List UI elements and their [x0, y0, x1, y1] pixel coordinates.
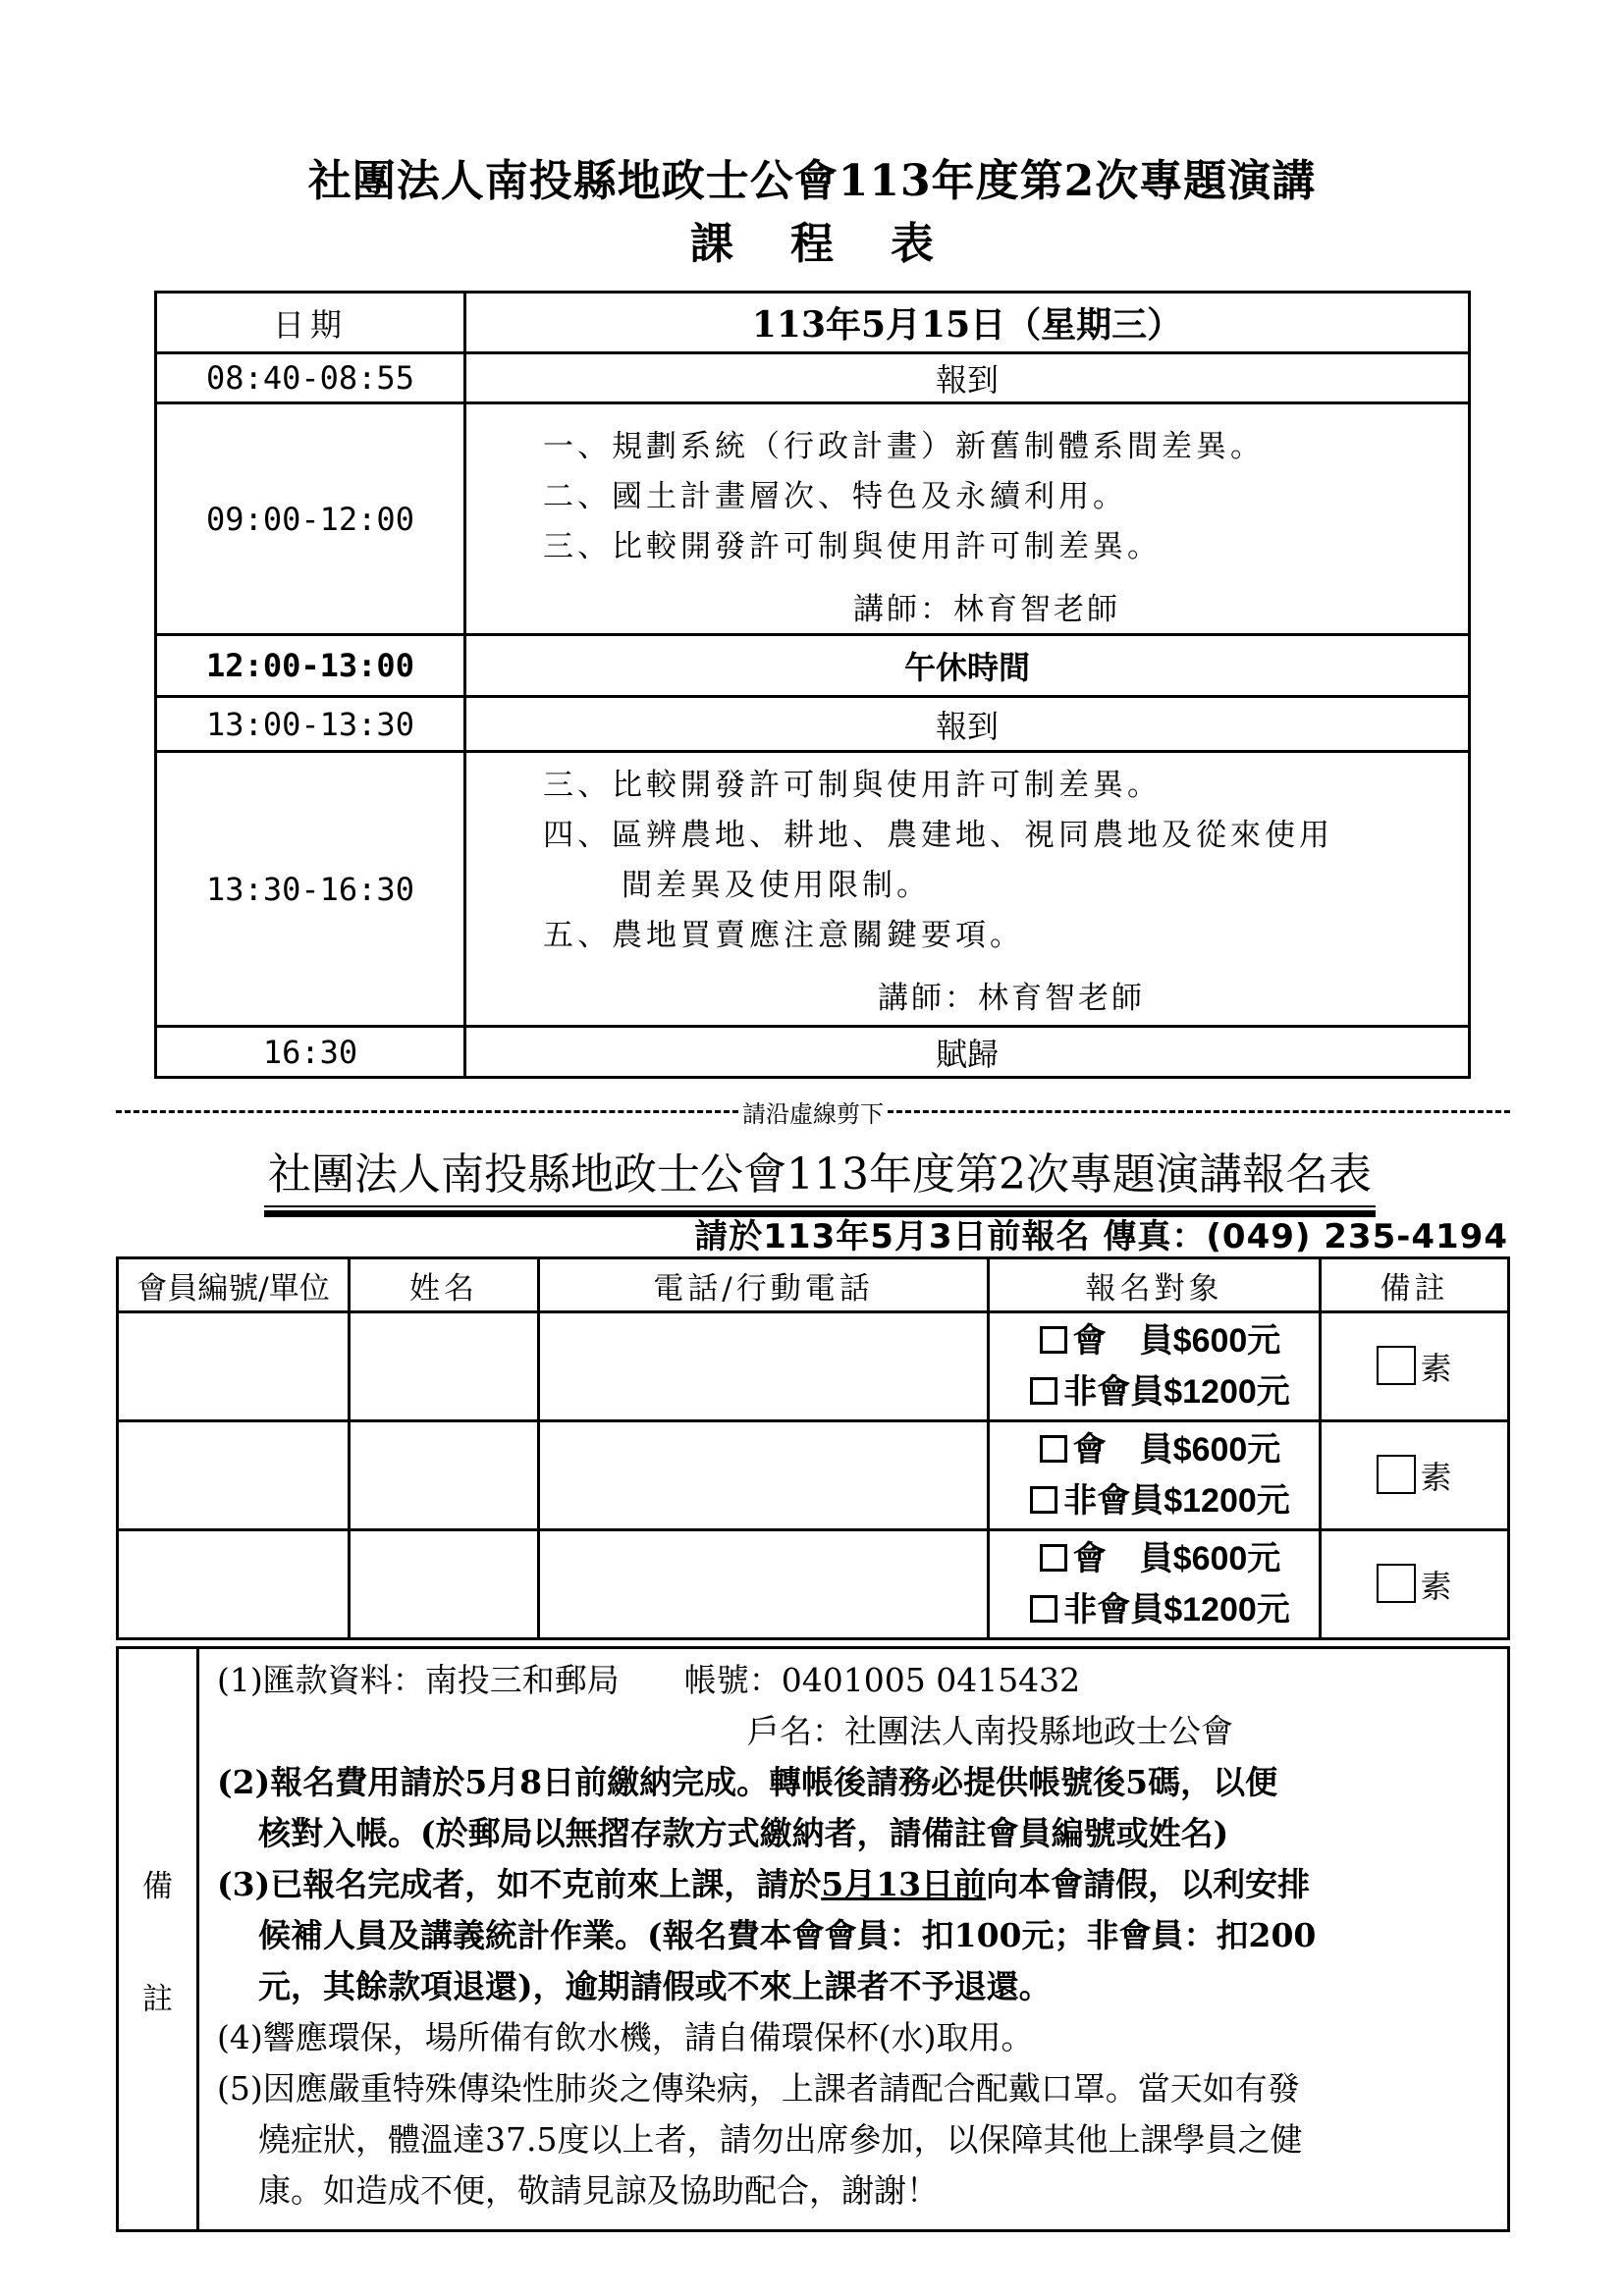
topic-item: 一、規劃系統（行政計畫）新舊制體系間差異。	[543, 422, 1468, 472]
topic-item: 三、比較開發許可制與使用許可制差異。	[543, 761, 1468, 811]
note-5-cont: 康。如造成不便，敬請見諒及協助配合，謝謝！	[217, 2165, 1507, 2216]
activity-cell: 午休時間	[465, 635, 1470, 697]
phone-field[interactable]	[539, 1421, 989, 1530]
vegetarian-option[interactable]: 素	[1321, 1312, 1509, 1421]
col-phone: 電話/行動電話	[539, 1258, 989, 1312]
registration-table: 會員編號/單位 姓名 電話/行動電話 報名對象 備註 會 員$600元 非會員$…	[116, 1256, 1510, 1640]
time-cell: 09:00-12:00	[156, 403, 465, 635]
registration-row: 會 員$600元 非會員$1200元 素	[118, 1421, 1509, 1530]
name-field[interactable]	[350, 1312, 539, 1421]
note-4: (4)響應環保，場所備有飲水機，請自備環保杯(水)取用。	[217, 2012, 1507, 2063]
cut-line-label: 請沿虛線剪下	[738, 1095, 888, 1129]
topic-list: 一、規劃系統（行政計畫）新舊制體系間差異。 二、國土計畫層次、特色及永續利用。 …	[466, 406, 1468, 578]
note-2-cont: 核對入帳。(於郵局以無摺存款方式繳納者，請備註會員編號或姓名)	[217, 1808, 1507, 1859]
note-3-cont: 候補人員及講義統計作業。(報名費本會會員：扣100元；非會員：扣200	[217, 1910, 1507, 1961]
registration-deadline: 請於113年5月3日前報名 傳真：(049) 235-4194	[694, 1209, 1508, 1257]
member-id-field[interactable]	[118, 1312, 350, 1421]
col-registrant-type: 報名對象	[989, 1258, 1321, 1312]
topic-item: 五、農地買賣應注意關鍵要項。	[543, 911, 1468, 961]
note-3-cont: 元，其餘款項退還)，逾期請假或不來上課者不予退還。	[217, 1961, 1507, 2012]
time-cell: 13:30-16:30	[156, 752, 465, 1027]
nonmember-option[interactable]: 非會員$1200元	[1001, 1584, 1319, 1635]
activity-cell: 報到	[465, 353, 1470, 403]
activity-cell: 報到	[465, 697, 1470, 752]
col-name: 姓名	[350, 1258, 539, 1312]
member-id-field[interactable]	[118, 1421, 350, 1530]
member-option[interactable]: 會 員$600元	[1001, 1533, 1319, 1584]
schedule-header-row: 日期 113年5月15日（星期三）	[156, 293, 1470, 353]
note-5-cont: 燒症狀，體溫達37.5度以上者，請勿出席參加，以保障其他上課學員之健	[217, 2114, 1507, 2165]
note-1: (1)匯款資料：南投三和郵局 帳號：0401005 0415432	[217, 1655, 1507, 1706]
member-option[interactable]: 會 員$600元	[1001, 1424, 1319, 1475]
checkbox[interactable]	[1377, 1564, 1416, 1603]
dashed-line	[888, 1110, 1510, 1113]
registrant-type-options: 會 員$600元 非會員$1200元	[989, 1312, 1321, 1421]
name-field[interactable]	[350, 1421, 539, 1530]
document-title: 社團法人南投縣地政士公會113年度第2次專題演講	[0, 145, 1624, 208]
member-option[interactable]: 會 員$600元	[1001, 1315, 1319, 1366]
note-5: (5)因應嚴重特殊傳染性肺炎之傳染病，上課者請配合配戴口罩。當天如有發	[217, 2063, 1507, 2114]
schedule-heading: 課程表	[0, 208, 1624, 271]
checkbox[interactable]	[1377, 1346, 1416, 1385]
note-3: (3)已報名完成者，如不克前來上課，請於5月13日前向本會請假，以利安排	[217, 1859, 1507, 1910]
cut-line: 請沿虛線剪下	[116, 1092, 1510, 1131]
checkbox[interactable]	[1040, 1326, 1067, 1354]
registration-row: 會 員$600元 非會員$1200元 素	[118, 1530, 1509, 1639]
topic-item: 三、比較開發許可制與使用許可制差異。	[543, 522, 1468, 572]
schedule-table: 日期 113年5月15日（星期三） 08:40-08:55 報到 09:00-1…	[154, 291, 1471, 1079]
registration-row: 會 員$600元 非會員$1200元 素	[118, 1312, 1509, 1421]
activity-cell: 賦歸	[465, 1027, 1470, 1078]
topic-list: 三、比較開發許可制與使用許可制差異。 四、區辨農地、耕地、農建地、視同農地及從來…	[466, 757, 1468, 967]
dashed-line	[116, 1110, 738, 1113]
schedule-row: 13:00-13:30 報到	[156, 697, 1470, 752]
checkbox[interactable]	[1377, 1455, 1416, 1494]
registration-title-text: 社團法人南投縣地政士公會113年度第2次專題演講報名表	[264, 1139, 1376, 1207]
notes-body: (1)匯款資料：南投三和郵局 帳號：0401005 0415432 戶名：社團法…	[199, 1649, 1507, 2229]
phone-field[interactable]	[539, 1530, 989, 1639]
notes-section: 備 註 (1)匯款資料：南投三和郵局 帳號：0401005 0415432 戶名…	[116, 1646, 1510, 2232]
schedule-row: 16:30 賦歸	[156, 1027, 1470, 1078]
time-cell: 13:00-13:30	[156, 697, 465, 752]
topic-item: 間差異及使用限制。	[543, 861, 1468, 911]
topic-item: 二、國土計畫層次、特色及永續利用。	[543, 472, 1468, 522]
note-1-account-name: 戶名：社團法人南投縣地政士公會	[217, 1706, 1507, 1757]
lecturer: 講師：林育智老師	[466, 578, 1468, 632]
topic-item: 四、區辨農地、耕地、農建地、視同農地及從來使用	[543, 811, 1468, 861]
nonmember-option[interactable]: 非會員$1200元	[1001, 1366, 1319, 1417]
schedule-row: 13:30-16:30 三、比較開發許可制與使用許可制差異。 四、區辨農地、耕地…	[156, 752, 1470, 1027]
member-id-field[interactable]	[118, 1530, 350, 1639]
date-value: 113年5月15日（星期三）	[465, 293, 1470, 353]
time-cell: 16:30	[156, 1027, 465, 1078]
col-member-id: 會員編號/單位	[118, 1258, 350, 1312]
session-cell: 三、比較開發許可制與使用許可制差異。 四、區辨農地、耕地、農建地、視同農地及從來…	[465, 752, 1470, 1027]
checkbox[interactable]	[1030, 1377, 1057, 1405]
schedule-row: 09:00-12:00 一、規劃系統（行政計畫）新舊制體系間差異。 二、國土計畫…	[156, 403, 1470, 635]
vegetarian-option[interactable]: 素	[1321, 1530, 1509, 1639]
schedule-row: 12:00-13:00 午休時間	[156, 635, 1470, 697]
registrant-type-options: 會 員$600元 非會員$1200元	[989, 1421, 1321, 1530]
notes-label: 備 註	[119, 1649, 199, 2229]
checkbox[interactable]	[1030, 1486, 1057, 1514]
checkbox[interactable]	[1040, 1544, 1067, 1572]
phone-field[interactable]	[539, 1312, 989, 1421]
session-cell: 一、規劃系統（行政計畫）新舊制體系間差異。 二、國土計畫層次、特色及永續利用。 …	[465, 403, 1470, 635]
checkbox[interactable]	[1040, 1435, 1067, 1463]
time-cell: 08:40-08:55	[156, 353, 465, 403]
col-remarks: 備註	[1321, 1258, 1509, 1312]
time-cell: 12:00-13:00	[156, 635, 465, 697]
vegetarian-option[interactable]: 素	[1321, 1421, 1509, 1530]
date-label: 日期	[156, 293, 465, 353]
registration-header-row: 會員編號/單位 姓名 電話/行動電話 報名對象 備註	[118, 1258, 1509, 1312]
checkbox[interactable]	[1030, 1595, 1057, 1623]
registration-title: 社團法人南投縣地政士公會113年度第2次專題演講報名表	[177, 1139, 1463, 1207]
nonmember-option[interactable]: 非會員$1200元	[1001, 1475, 1319, 1526]
lecturer: 講師：林育智老師	[466, 967, 1468, 1021]
leave-deadline: 5月13日前	[821, 1865, 986, 1903]
registrant-type-options: 會 員$600元 非會員$1200元	[989, 1530, 1321, 1639]
note-2: (2)報名費用請於5月8日前繳納完成。轉帳後請務必提供帳號後5碼，以便	[217, 1757, 1507, 1808]
schedule-row: 08:40-08:55 報到	[156, 353, 1470, 403]
name-field[interactable]	[350, 1530, 539, 1639]
